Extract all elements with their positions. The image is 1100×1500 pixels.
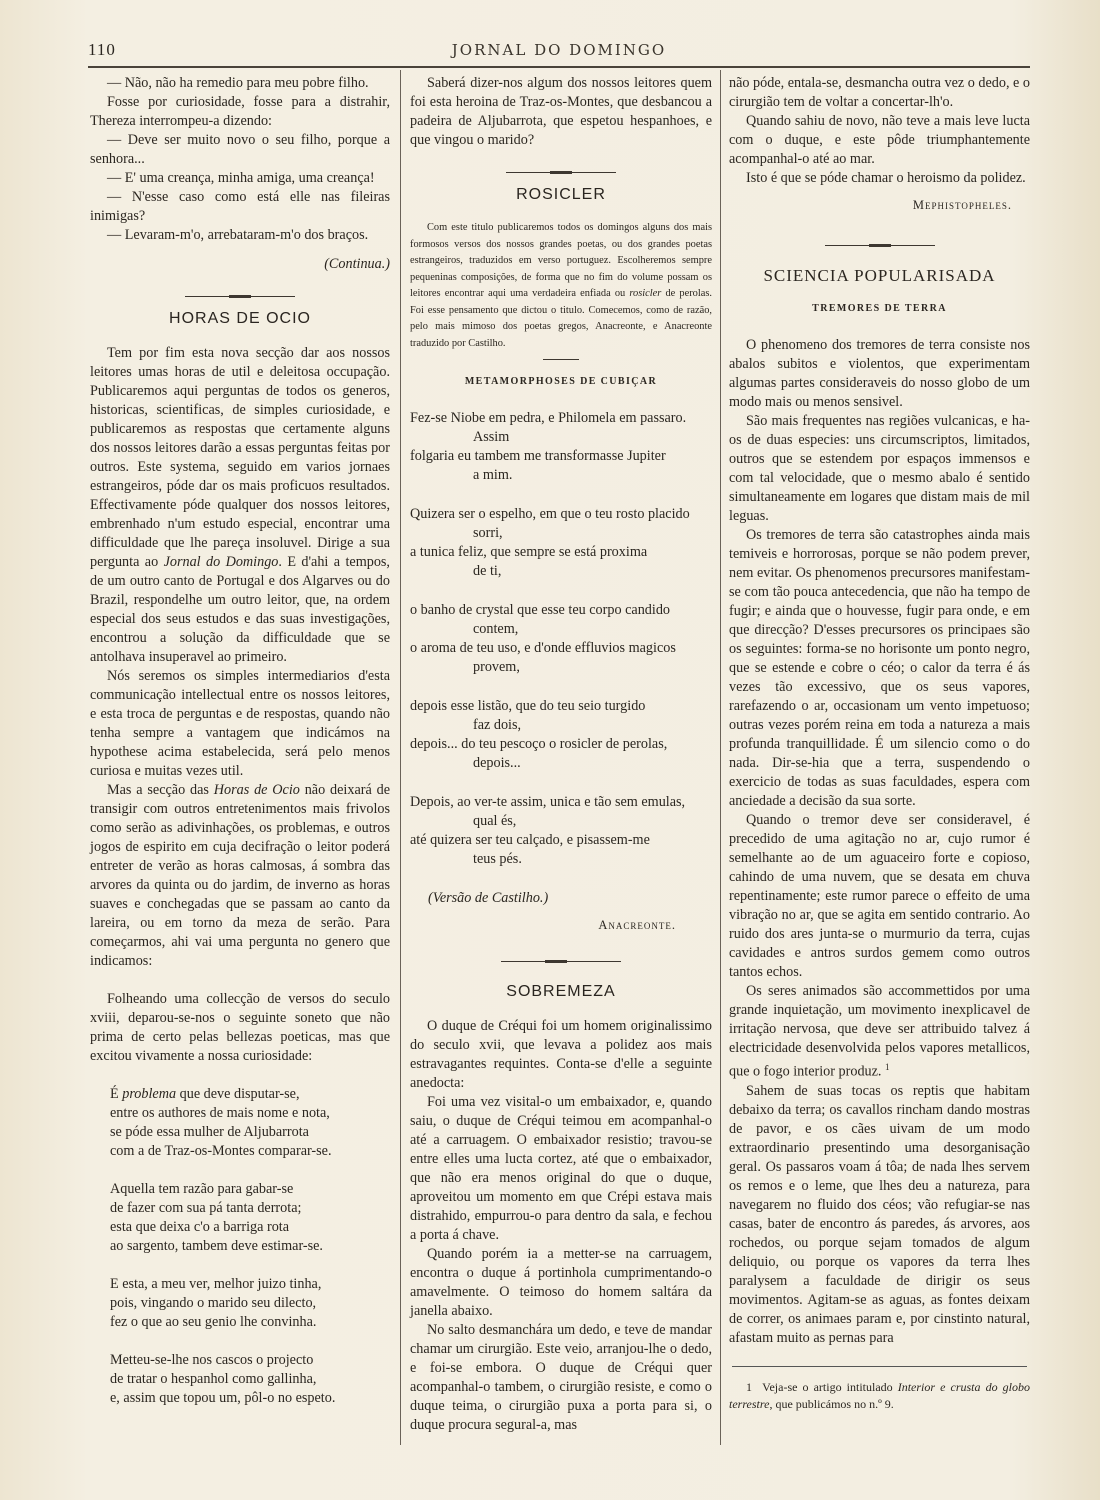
verse-line: depois... do teu pescoço o rosicler de p…: [410, 735, 712, 754]
verse-line: ao sargento, tambem deve estimar-se.: [110, 1237, 390, 1256]
paragraph: Foi uma vez visital-o um embaixador, e, …: [410, 1093, 712, 1245]
verse-line: fez o que ao seu genio lhe convinha.: [110, 1313, 390, 1332]
verse-line: com a de Traz-os-Montes comparar-se.: [110, 1142, 390, 1161]
paragraph: Quando porém ia a metter-se na carruagem…: [410, 1245, 712, 1321]
verse-line-continuation: depois...: [410, 754, 712, 773]
poem-stanza: Fez-se Niobe em pedra, e Philomela em pa…: [410, 409, 712, 485]
paragraph: Fosse por curiosidade, fosse para a dist…: [90, 93, 390, 131]
sonnet-stanza: E esta, a meu ver, melhor juizo tinha,po…: [110, 1275, 390, 1332]
section-title-sciencia: SCIENCIA POPULARISADA: [729, 266, 1030, 285]
verse-line: até quizera ser teu calçado, e pisassem-…: [410, 831, 712, 850]
footnote-rule: [732, 1366, 1027, 1367]
verse-line: Depois, ao ver-te assim, unica e tão sem…: [410, 793, 712, 812]
section-divider: [825, 245, 935, 246]
paragraph: — E' uma creança, minha amiga, uma crean…: [90, 169, 390, 188]
verse-line-continuation: provem,: [410, 658, 712, 677]
sonnet-stanza: Metteu-se-lhe nos cascos o projectode tr…: [110, 1351, 390, 1408]
section-divider: [506, 172, 616, 173]
paragraph: — N'esse caso como está elle nas fileira…: [90, 188, 390, 226]
section-title-sobremeza: SOBREMEZA: [410, 982, 712, 1001]
sonnet-stanza: É problema que deve disputar-se,entre os…: [110, 1085, 390, 1161]
mini-divider: [543, 359, 579, 360]
newspaper-title: JORNAL DO DOMINGO: [88, 41, 1030, 59]
verse-line: pois, vingando o marido seu dilecto,: [110, 1294, 390, 1313]
paragraph: O duque de Créqui foi um homem originali…: [410, 1017, 712, 1093]
column-1: — Não, não ha remedio para meu pobre fil…: [90, 74, 390, 1427]
verse-line: Metteu-se-lhe nos cascos o projecto: [110, 1351, 390, 1370]
paragraph: Quando sahiu de novo, não teve a mais le…: [729, 112, 1030, 169]
verse-line-continuation: Assim: [410, 428, 712, 447]
poem-stanza: o banho de crystal que esse teu corpo ca…: [410, 601, 712, 677]
column-2: Saberá dizer-nos algum dos nossos leitor…: [410, 74, 712, 1435]
verse-line: se póde essa mulher de Aljubarrota: [110, 1123, 390, 1142]
paragraph: No salto desmanchára um dedo, e teve de …: [410, 1321, 712, 1435]
paragraph: — Deve ser muito novo o seu filho, porqu…: [90, 131, 390, 169]
poem-stanza: Depois, ao ver-te assim, unica e tão sem…: [410, 793, 712, 869]
paragraph: — Levaram-m'o, arrebataram-m'o dos braço…: [90, 226, 390, 245]
rosicler-intro: Com este titulo publicaremos todos os do…: [410, 220, 712, 352]
paragraph: Os tremores de terra são catastrophes ai…: [729, 526, 1030, 811]
paragraph: Sahem de suas tocas os reptis que habita…: [729, 1082, 1030, 1348]
article-subtitle: TREMORES DE TERRA: [729, 299, 1030, 318]
paragraph: Os seres animados são accommettidos por …: [729, 982, 1030, 1082]
verse-line-continuation: de ti,: [410, 562, 712, 581]
section-title-rosicler: ROSICLER: [410, 185, 712, 204]
poem: Fez-se Niobe em pedra, e Philomela em pa…: [410, 409, 712, 869]
sobremeza-author: Mephistopheles.: [729, 196, 1030, 215]
verse-line: esta que deixa c'o a barriga rota: [110, 1218, 390, 1237]
footnote: 1 Veja-se o artigo intitulado Interior e…: [729, 1379, 1030, 1413]
paragraph: O phenomeno dos tremores de terra consis…: [729, 336, 1030, 412]
verse-line: o aroma de teu uso, e d'onde effluvios m…: [410, 639, 712, 658]
poem-stanza: depois esse listão, que do teu seio turg…: [410, 697, 712, 773]
verse-line: Fez-se Niobe em pedra, e Philomela em pa…: [410, 409, 712, 428]
verse-line: o banho de crystal que esse teu corpo ca…: [410, 601, 712, 620]
verse-line-continuation: teus pés.: [410, 850, 712, 869]
story-continuation: — Não, não ha remedio para meu pobre fil…: [90, 74, 390, 245]
section-divider: [185, 296, 295, 297]
verse-line-continuation: faz dois,: [410, 716, 712, 735]
verse-line: de tratar o hespanhol como gallinha,: [110, 1370, 390, 1389]
verse-line: E esta, a meu ver, melhor juizo tinha,: [110, 1275, 390, 1294]
section-divider: [501, 961, 621, 962]
column-3: não póde, entala-se, desmancha outra vez…: [729, 74, 1030, 1413]
sonnet-stanza: Aquella tem razão para gabar-sede fazer …: [110, 1180, 390, 1256]
paragraph: — Não, não ha remedio para meu pobre fil…: [90, 74, 390, 93]
version-note: (Versão de Castilho.): [410, 889, 712, 908]
verse-line-continuation: a mim.: [410, 466, 712, 485]
paragraph: Tem por fim esta nova secção dar aos nos…: [90, 344, 390, 667]
paragraph: Quando o tremor deve ser consideravel, é…: [729, 811, 1030, 982]
footnote-marker[interactable]: 1: [885, 1062, 890, 1072]
paragraph: Folheando uma collecção de versos do sec…: [90, 990, 390, 1066]
article-body: O phenomeno dos tremores de terra consis…: [729, 336, 1030, 982]
verse-line: a tunica feliz, que sempre se está proxi…: [410, 543, 712, 562]
verse-line: e, assim que topou um, pôl-o no espeto.: [110, 1389, 390, 1408]
paragraph: Mas a secção das Horas de Ocio não deixa…: [90, 781, 390, 971]
page-header: 110 JORNAL DO DOMINGO: [88, 40, 1030, 64]
paragraph: São mais frequentes nas regiões vulcanic…: [729, 412, 1030, 526]
poem-stanza: Quizera ser o espelho, em que o teu rost…: [410, 505, 712, 581]
verse-line: Quizera ser o espelho, em que o teu rost…: [410, 505, 712, 524]
verse-line: Aquella tem razão para gabar-se: [110, 1180, 390, 1199]
verse-line: É problema que deve disputar-se,: [110, 1085, 390, 1104]
poem-author: Anacreonte.: [410, 916, 712, 935]
paragraph: não póde, entala-se, desmancha outra vez…: [729, 74, 1030, 112]
header-rule: [88, 66, 1030, 68]
verse-line-continuation: qual és,: [410, 812, 712, 831]
sonnet: É problema que deve disputar-se,entre os…: [90, 1085, 390, 1408]
verse-line: depois esse listão, que do teu seio turg…: [410, 697, 712, 716]
paragraph: Isto é que se póde chamar o heroismo da …: [729, 169, 1030, 188]
verse-line: de fazer com sua pá tanta derrota;: [110, 1199, 390, 1218]
column-divider: [400, 70, 401, 1445]
verse-line: folgaria eu tambem me transformasse Jupi…: [410, 447, 712, 466]
verse-line-continuation: sorri,: [410, 524, 712, 543]
verse-line-continuation: contem,: [410, 620, 712, 639]
paragraph: Nós seremos os simples intermediarios d'…: [90, 667, 390, 781]
section-title-horas-de-ocio: HORAS DE OCIO: [90, 309, 390, 328]
column-divider: [720, 70, 721, 1445]
newspaper-page: 110 JORNAL DO DOMINGO — Não, não ha reme…: [0, 0, 1100, 1500]
question-paragraph: Saberá dizer-nos algum dos nossos leitor…: [410, 74, 712, 150]
continua-note: (Continua.): [90, 255, 390, 274]
verse-line: entre os authores de mais nome e nota,: [110, 1104, 390, 1123]
poem-title: METAMORPHOSES DE CUBIÇAR: [410, 372, 712, 391]
